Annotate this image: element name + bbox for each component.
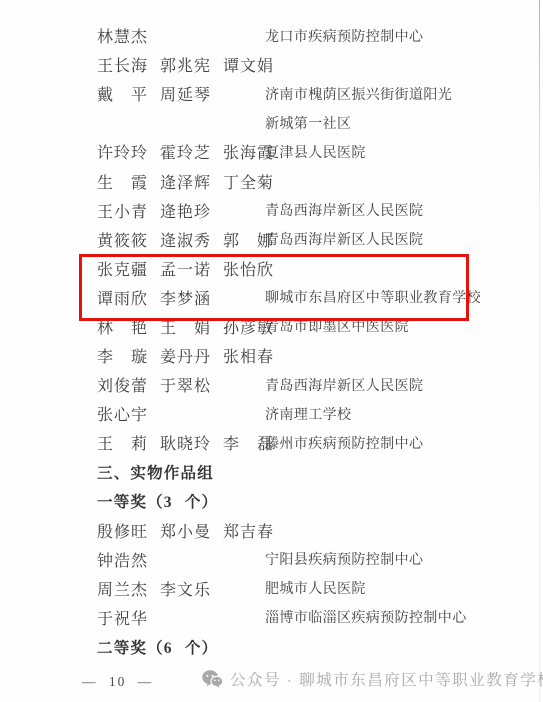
page-number: — 10 —	[82, 674, 153, 690]
list-item: 一等奖（3 个）	[0, 487, 543, 516]
names-cell: 戴 平 周延琴	[97, 82, 265, 105]
list-item: 戴 平 周延琴 济南市槐荫区振兴街街道阳光	[0, 79, 543, 108]
names-cell: 王小青 逄艳珍	[97, 199, 265, 222]
list-item: 林慧杰 龙口市疾病预防控制中心	[0, 21, 543, 50]
list-item: 谭雨欣 李梦涵 聊城市东昌府区中等职业教育学校	[0, 283, 543, 312]
list-item: 钟浩然 宁阳县疾病预防控制中心	[0, 545, 543, 574]
organization-cell: 青岛市即墨区中医医院	[265, 316, 409, 336]
organization-cell: 聊城市东昌府区中等职业教育学校	[265, 287, 481, 307]
names-cell: 许玲玲 霍玲芝 张海霞	[97, 140, 265, 163]
organization-cell: 青岛西海岸新区人民医院	[265, 229, 423, 249]
names-cell: 三、实物作品组	[97, 461, 417, 483]
list-item: 黄筱筱 逄淑秀 郭 娜 青岛西海岸新区人民医院	[0, 225, 543, 254]
page-footer: — 10 — 公众号 · 聊城市东昌府区中等职业教育学校	[0, 666, 543, 696]
list-item: 周兰杰 李文乐 肥城市人民医院	[0, 574, 543, 603]
names-cell: 林慧杰	[97, 24, 265, 47]
list-item: 生 霞 逄泽辉 丁全菊	[0, 166, 543, 195]
organization-cell: 济南市槐荫区振兴街街道阳光	[265, 84, 452, 104]
watermark-text: 公众号 · 聊城市东昌府区中等职业教育学校	[230, 668, 543, 690]
organization-cell: 夏津县人民医院	[265, 142, 366, 162]
scan-edge-line	[539, 0, 541, 702]
names-cell: 刘俊蕾 于翠松	[97, 373, 265, 396]
organization-cell: 济南理工学校	[265, 404, 351, 424]
list-item: 王 莉 耿晓玲 李 磊 滕州市疾病预防控制中心	[0, 428, 543, 457]
names-cell: 一等奖（3 个）	[97, 490, 417, 512]
names-cell: 于祝华	[97, 606, 265, 629]
list-item: 新城第一社区	[0, 108, 543, 137]
names-cell: 谭雨欣 李梦涵	[97, 286, 265, 309]
organization-cell: 肥城市人民医院	[265, 578, 366, 598]
list-item: 王小青 逄艳珍 青岛西海岸新区人民医院	[0, 196, 543, 225]
award-list: 林慧杰 龙口市疾病预防控制中心 王长海 郭兆宪 谭文娟 戴 平 周延琴 济南市槐…	[0, 0, 543, 661]
names-cell: 周兰杰 李文乐	[97, 577, 265, 600]
organization-cell: 青岛西海岸新区人民医院	[265, 200, 423, 220]
names-cell: 黄筱筱 逄淑秀 郭 娜	[97, 228, 265, 251]
list-item: 王长海 郭兆宪 谭文娟	[0, 50, 543, 79]
list-item: 殷修旺 郑小曼 郑吉春	[0, 516, 543, 545]
document-page: 林慧杰 龙口市疾病预防控制中心 王长海 郭兆宪 谭文娟 戴 平 周延琴 济南市槐…	[0, 0, 543, 702]
list-item: 林 艳 王 娟 孙彦敏 青岛市即墨区中医医院	[0, 312, 543, 341]
watermark: 公众号 · 聊城市东昌府区中等职业教育学校	[202, 668, 543, 690]
list-item: 张心宇 济南理工学校	[0, 399, 543, 428]
names-cell: 林 艳 王 娟 孙彦敏	[97, 315, 265, 338]
organization-cell: 龙口市疾病预防控制中心	[265, 26, 423, 46]
names-cell: 钟浩然	[97, 548, 265, 571]
names-cell: 张心宇	[97, 402, 265, 425]
list-item: 二等奖（6 个）	[0, 632, 543, 661]
names-cell: 王长海 郭兆宪 谭文娟	[97, 53, 265, 76]
names-cell: 张克疆 孟一诺 张怡欣	[97, 257, 265, 280]
list-item: 刘俊蕾 于翠松 青岛西海岸新区人民医院	[0, 370, 543, 399]
names-cell: 生 霞 逄泽辉 丁全菊	[97, 170, 265, 193]
list-item: 三、实物作品组	[0, 457, 543, 486]
organization-cell: 淄博市临淄区疾病预防控制中心	[265, 607, 467, 627]
wechat-icon	[202, 670, 223, 688]
organization-cell: 宁阳县疾病预防控制中心	[265, 549, 423, 569]
list-item: 张克疆 孟一诺 张怡欣	[0, 254, 543, 283]
list-item: 许玲玲 霍玲芝 张海霞 夏津县人民医院	[0, 137, 543, 166]
names-cell: 王 莉 耿晓玲 李 磊	[97, 431, 265, 454]
list-item: 李 璇 姜丹丹 张相春	[0, 341, 543, 370]
organization-cell: 滕州市疾病预防控制中心	[265, 433, 423, 453]
list-item: 于祝华 淄博市临淄区疾病预防控制中心	[0, 603, 543, 632]
names-cell: 李 璇 姜丹丹 张相春	[97, 344, 265, 367]
organization-cell: 青岛西海岸新区人民医院	[265, 375, 423, 395]
names-cell: 殷修旺 郑小曼 郑吉春	[97, 519, 265, 542]
names-cell: 二等奖（6 个）	[97, 636, 417, 658]
organization-cell: 新城第一社区	[265, 113, 351, 133]
